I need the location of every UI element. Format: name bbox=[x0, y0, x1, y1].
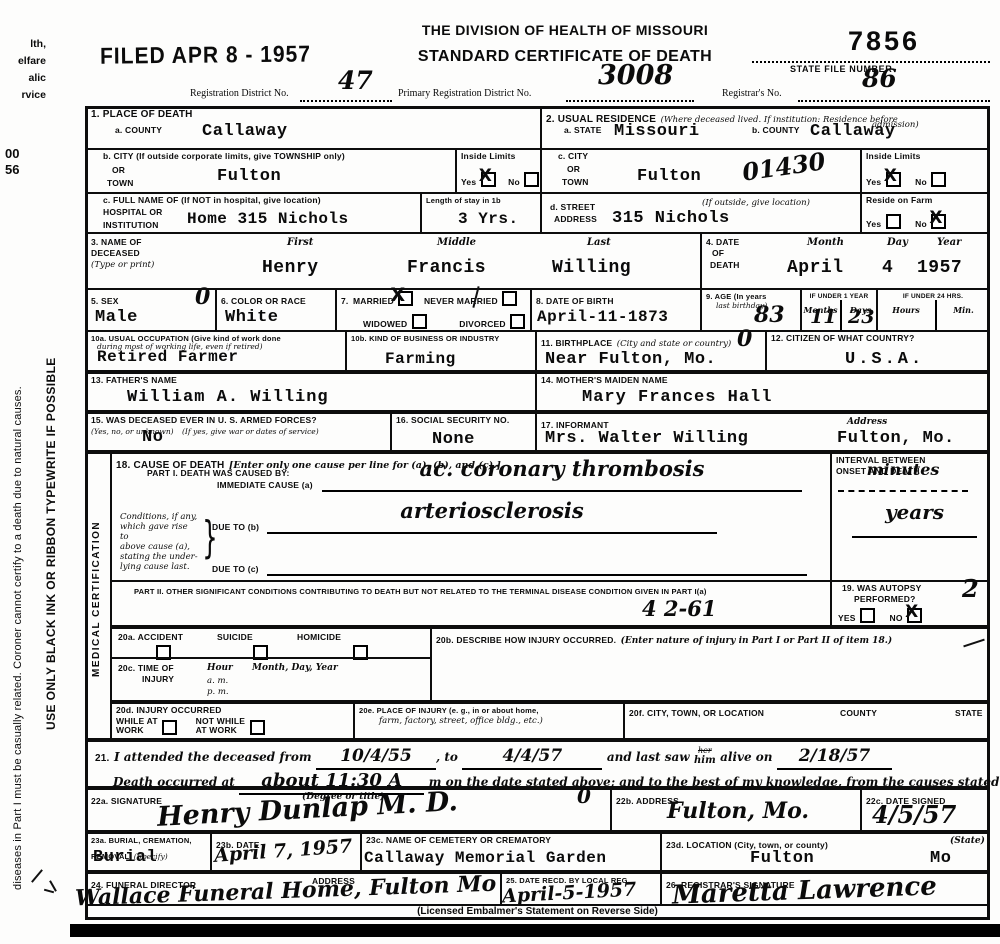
field-sex: 5. SEX 0 Male bbox=[85, 288, 217, 332]
handwritten-mark: 0 bbox=[577, 784, 591, 808]
cause-c-line bbox=[267, 550, 807, 576]
checkbox-no bbox=[524, 172, 539, 187]
physician-signature: Henry Dunlap M. D. bbox=[156, 786, 458, 833]
checkbox-widowed bbox=[412, 314, 427, 329]
residence-county-value: Callaway bbox=[810, 122, 896, 141]
field-place-of-injury: 20e. PLACE OF INJURY (e. g., in or about… bbox=[353, 702, 625, 740]
margin-note-coroner: diseases in Part I must be casually rela… bbox=[12, 290, 24, 890]
interval-b-value: years bbox=[885, 500, 944, 524]
margin-cutoff-fragments: lth, elfare alic rvice bbox=[10, 36, 46, 104]
father-value: William A. Willing bbox=[127, 388, 329, 407]
field-ssn: 16. SOCIAL SECURITY NO. None bbox=[390, 412, 537, 452]
informant-address-value: Fulton, Mo. bbox=[837, 429, 955, 448]
burial-location-value: Fulton bbox=[750, 849, 814, 868]
handwritten-mark: 0 bbox=[737, 326, 752, 352]
death-year-value: 1957 bbox=[917, 258, 962, 278]
field-date-received: 25. DATE RECD. BY LOCAL REG. April-5-195… bbox=[500, 872, 662, 906]
field-funeral-director: 24. FUNERAL DIRECTOR ADDRESS Wallace Fun… bbox=[85, 872, 502, 906]
field-hospital: c. FULL NAME OF (If NOT in hospital, giv… bbox=[85, 192, 422, 234]
bottom-scan-bar bbox=[70, 924, 1000, 937]
occupation-value: Retired Farmer bbox=[97, 348, 238, 366]
field-place-of-death: 1. PLACE OF DEATH a. COUNTY Callaway bbox=[85, 106, 542, 150]
field-mother-name: 14. MOTHER'S MAIDEN NAME Mary Frances Ha… bbox=[535, 372, 990, 412]
field-informant: 17. INFORMANT Address Mrs. Walter Willin… bbox=[535, 412, 990, 452]
checkbox-autopsy-yes bbox=[860, 608, 875, 623]
hospital-value: Home 315 Nichols bbox=[187, 210, 349, 228]
margin-note-black-ink: USE ONLY BLACK INK OR RIBBON TYPEWRITE I… bbox=[44, 320, 58, 730]
field-autopsy: 19. WAS AUTOPSY PERFORMED? 2 YES NO X bbox=[830, 580, 990, 627]
stray-mark bbox=[44, 889, 54, 894]
race-value: White bbox=[225, 308, 279, 327]
citizen-value: U.S.A. bbox=[845, 350, 924, 369]
field-city-of-death: b. CITY (If outside corporate limits, gi… bbox=[85, 148, 457, 194]
death-day-value: 4 bbox=[882, 258, 893, 278]
field-if-under-1-year: IF UNDER 1 YEAR Months Days 11 23 bbox=[800, 288, 878, 332]
field-label: c. FULL NAME OF (If NOT in hospital, giv… bbox=[103, 195, 416, 206]
death-certificate-scan: lth, elfare alic rvice 00 56 diseases in… bbox=[0, 0, 1000, 944]
county-value: Callaway bbox=[202, 122, 288, 141]
field-burial: 23a. BURIAL, CREMATION, REMOVAL (Specify… bbox=[85, 832, 212, 872]
field-inside-limits-1: Inside Limits Yes X No bbox=[455, 148, 542, 194]
cause-a-line: ac. coronary thrombosis bbox=[322, 456, 802, 492]
field-color-or-race: 6. COLOR OR RACE White bbox=[215, 288, 337, 332]
dob-value: April-11-1873 bbox=[537, 308, 668, 326]
registration-district-label: Registration District No. bbox=[190, 88, 289, 99]
field-injury-occurred: 20d. INJURY OCCURRED WHILE ATWORK NOT WH… bbox=[110, 702, 355, 740]
burial-value: Burial bbox=[93, 848, 157, 867]
middle-name-value: Francis bbox=[407, 258, 486, 278]
registrar-no-value: 86 bbox=[862, 64, 897, 93]
checkbox-no bbox=[931, 172, 946, 187]
attended-to-value: 4/4/57 bbox=[502, 746, 562, 766]
checkbox-no: X bbox=[931, 214, 946, 229]
birthplace-value: Near Fulton, Mo. bbox=[545, 350, 716, 369]
ssn-value: None bbox=[432, 430, 475, 449]
handwritten-mark: 2 bbox=[962, 574, 979, 603]
checkbox-not-while-at-work bbox=[250, 720, 265, 735]
checkbox-autopsy-no: X bbox=[907, 608, 922, 623]
handwritten-mark: 0 bbox=[195, 284, 210, 310]
field-if-under-24-hrs: IF UNDER 24 HRS. Hours Min. bbox=[876, 288, 990, 332]
due-b-value: arteriosclerosis bbox=[400, 498, 583, 523]
sex-value: Male bbox=[95, 308, 138, 327]
checkbox-married: X bbox=[398, 291, 413, 306]
field-birthplace: 11. BIRTHPLACE (City and state or countr… bbox=[535, 330, 767, 372]
field-time-of-injury: 20c. TIME OF INJURY Hour Month, Day, Yea… bbox=[110, 657, 432, 702]
attended-from-value: 10/4/55 bbox=[340, 746, 412, 766]
mother-value: Mary Frances Hall bbox=[582, 388, 772, 407]
field-date-of-death: 4. DATE OF DEATH Month Day Year April 4 … bbox=[700, 232, 990, 290]
field-length-of-stay: Length of stay in 1b 3 Yrs. bbox=[420, 192, 542, 234]
field-label: 1. PLACE OF DEATH bbox=[91, 109, 536, 120]
last-name-value: Willing bbox=[552, 258, 631, 278]
field-inside-limits-2: Inside Limits Yes X No bbox=[860, 148, 990, 194]
residence-state-value: Missouri bbox=[614, 122, 700, 141]
field-injury-city: 20f. CITY, TOWN, OR LOCATION COUNTY STAT… bbox=[623, 702, 990, 740]
field-label: Length of stay in 1b bbox=[426, 195, 536, 206]
cemetery-value: Callaway Memorial Garden bbox=[364, 849, 606, 867]
field-interval: INTERVAL BETWEEN ONSET AND DEATH minutes… bbox=[830, 452, 990, 582]
forces-value: No bbox=[142, 428, 163, 447]
field-label: b. CITY (If outside corporate limits, gi… bbox=[103, 151, 451, 162]
registrar-signature-value: Maretta Lawrence bbox=[672, 871, 938, 910]
margin-form-number: 00 56 bbox=[5, 146, 19, 178]
field-attendance-statement: 21. I attended the deceased from 10/4/55… bbox=[85, 740, 990, 788]
cause-b-line: arteriosclerosis bbox=[267, 498, 717, 534]
checkbox-divorced bbox=[510, 314, 525, 329]
field-burial-date: 23b. DATE April 7, 1957 bbox=[210, 832, 362, 872]
death-month-value: April bbox=[787, 258, 844, 278]
signature-address-value: Fulton, Mo. bbox=[667, 798, 809, 824]
field-accident-suicide-homicide: 20a. ACCIDENT SUICIDE HOMICIDE bbox=[110, 627, 432, 659]
immediate-cause-value: ac. coronary thrombosis bbox=[420, 456, 705, 481]
her-him: herhim bbox=[694, 747, 716, 766]
division-title: THE DIVISION OF HEALTH OF MISSOURI bbox=[350, 22, 780, 38]
field-reside-on-farm: Reside on Farm Yes No X bbox=[860, 192, 990, 234]
checkbox-while-at-work bbox=[162, 720, 177, 735]
field-usual-occupation: 10a. USUAL OCCUPATION (Give kind of work… bbox=[85, 330, 347, 372]
informant-value: Mrs. Walter Willing bbox=[545, 429, 748, 448]
primary-district-label: Primary Registration District No. bbox=[398, 88, 531, 99]
field-note: (If outside, give location) bbox=[702, 198, 810, 208]
field-label: a. COUNTY bbox=[115, 125, 162, 136]
registration-district-value: 47 bbox=[338, 66, 373, 95]
primary-district-value: 3008 bbox=[598, 60, 673, 91]
street-value: 315 Nichols bbox=[612, 209, 730, 228]
date-signed-value: 4/5/57 bbox=[872, 800, 956, 829]
dotted-rule bbox=[798, 99, 990, 102]
field-date-signed: 22c. DATE SIGNED 4/5/57 bbox=[860, 788, 990, 832]
field-describe-injury: 20b. DESCRIBE HOW INJURY OCCURRED. (Ente… bbox=[430, 627, 990, 702]
field-part2-conditions: PART II. OTHER SIGNIFICANT CONDITIONS CO… bbox=[110, 580, 832, 627]
industry-value: Farming bbox=[385, 350, 456, 368]
dotted-rule bbox=[566, 99, 694, 102]
stay-value: 3 Yrs. bbox=[458, 210, 519, 228]
field-marital-status: 7. MARRIED X NEVER MARRIED WIDOWED DIVOR… bbox=[335, 288, 532, 332]
registrar-no-label: Registrar's No. bbox=[722, 88, 782, 99]
burial-state-value: Mo bbox=[930, 849, 951, 868]
state-file-number-value: 7856 bbox=[848, 26, 920, 57]
residence-city-value: Fulton bbox=[637, 167, 701, 186]
checkbox-yes: X bbox=[481, 172, 496, 187]
stray-mark bbox=[31, 869, 43, 883]
field-usual-residence: 2. USUAL RESIDENCE (Where deceased lived… bbox=[540, 106, 990, 150]
part2-handwritten-code: 4 2-61 bbox=[642, 596, 716, 621]
brace-glyph: } bbox=[202, 512, 217, 563]
field-date-of-birth: 8. DATE OF BIRTH April-11-1873 bbox=[530, 288, 702, 332]
interval-a-value: minutes bbox=[867, 460, 940, 479]
first-name-value: Henry bbox=[262, 258, 319, 278]
field-signature-address: 22b. ADDRESS Fulton, Mo. bbox=[610, 788, 862, 832]
field-industry: 10b. KIND OF BUSINESS OR INDUSTRY Farmin… bbox=[345, 330, 537, 372]
filed-stamp: FILED APR 8 - 1957 bbox=[100, 42, 311, 71]
embalmer-note: (Licensed Embalmer's Statement on Revers… bbox=[85, 906, 990, 917]
field-signature: 22a. SIGNATURE (Degree or title) Henry D… bbox=[85, 788, 612, 832]
field-name-of-deceased: 3. NAME OF DECEASED (Type or print) Firs… bbox=[85, 232, 702, 290]
checkbox-never-married bbox=[502, 291, 517, 306]
age-days-value: 23 bbox=[848, 306, 874, 328]
dotted-rule bbox=[300, 99, 392, 102]
city-value: Fulton bbox=[217, 167, 281, 186]
checkbox-yes: X bbox=[886, 172, 901, 187]
field-burial-location: 23d. LOCATION (City, town, or county) (S… bbox=[660, 832, 990, 872]
field-label: OR bbox=[112, 165, 125, 176]
field-cause-of-death: 18. CAUSE OF DEATH [Enter only one cause… bbox=[110, 452, 832, 582]
checkbox-yes bbox=[886, 214, 901, 229]
age-months-value: 11 bbox=[810, 306, 836, 328]
field-cemetery: 23c. NAME OF CEMETERY OR CREMATORY Calla… bbox=[360, 832, 662, 872]
dotted-rule bbox=[752, 60, 990, 63]
field-label: Inside Limits bbox=[461, 151, 536, 162]
field-residence-city: c. CITY OR TOWN Fulton 01430 bbox=[540, 148, 862, 194]
field-armed-forces: 15. WAS DECEASED EVER IN U. S. ARMED FOR… bbox=[85, 412, 392, 452]
certificate-title: STANDARD CERTIFICATE OF DEATH bbox=[350, 48, 780, 66]
medical-certification-bar: MEDICAL CERTIFICATION bbox=[85, 452, 112, 740]
field-father-name: 13. FATHER'S NAME William A. Willing bbox=[85, 372, 537, 412]
age-value: 83 bbox=[754, 302, 785, 328]
field-registrar-signature: 26. REGISTRAR'S SIGNATURE Maretta Lawren… bbox=[660, 872, 990, 906]
field-citizen: 12. CITIZEN OF WHAT COUNTRY? U.S.A. bbox=[765, 330, 990, 372]
field-label: TOWN bbox=[107, 178, 134, 189]
last-seen-value: 2/18/57 bbox=[799, 746, 871, 766]
field-street-address: d. STREET ADDRESS (If outside, give loca… bbox=[540, 192, 862, 234]
